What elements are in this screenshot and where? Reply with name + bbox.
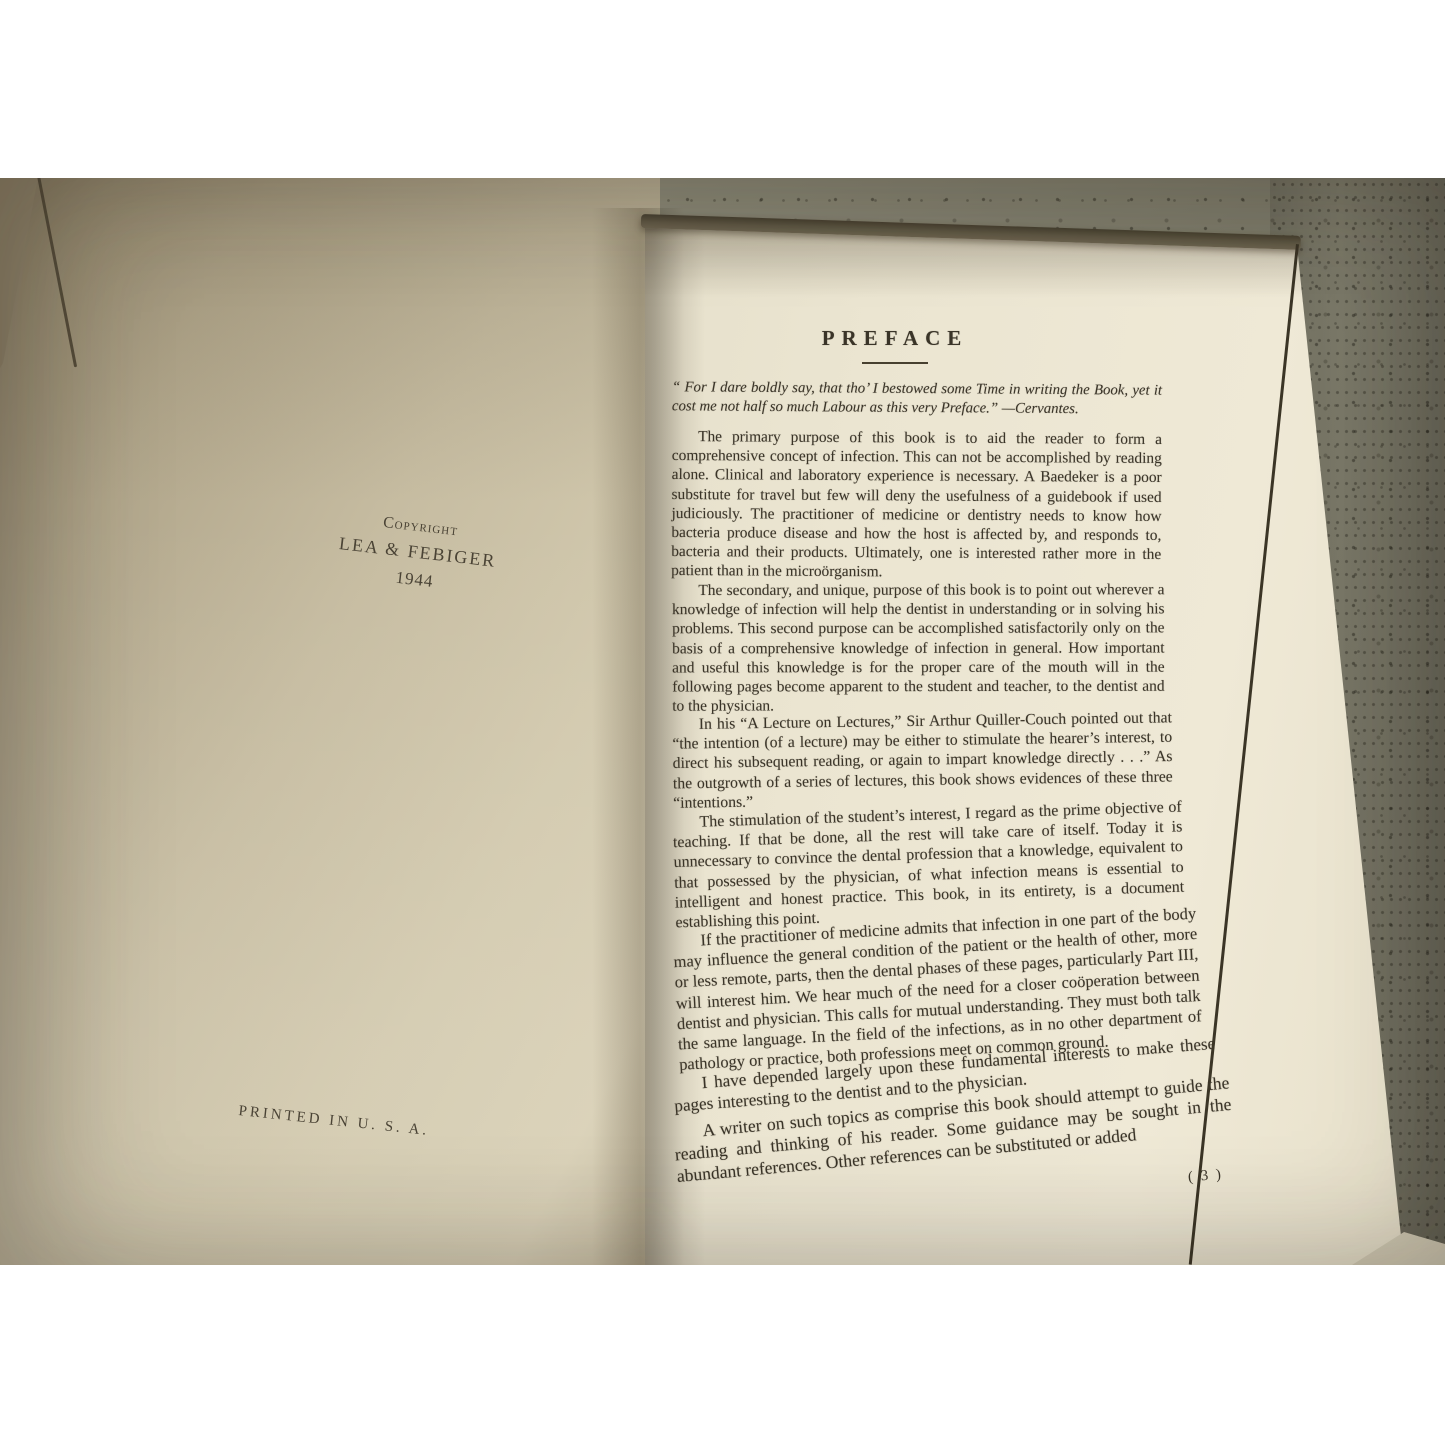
page-number: ( 3 )	[1187, 1167, 1223, 1187]
epigraph: “ For I dare boldly say, that tho’ I bes…	[672, 378, 1162, 419]
preface-paragraphs: The primary purpose of this book is to a…	[672, 427, 1162, 1181]
gutter-shadow	[592, 208, 684, 1265]
left-page: Copyright LEA & FEBIGER 1944 PRINTED IN …	[0, 178, 660, 1265]
printed-in-usa: PRINTED IN U. S. A.	[238, 1103, 430, 1140]
preface-title: PREFACE	[650, 326, 1140, 351]
copyright-block: Copyright LEA & FEBIGER 1944	[292, 504, 544, 603]
preface-paragraph: The secondary, and unique, purpose of th…	[672, 580, 1165, 716]
title-rule	[862, 362, 928, 364]
preface-paragraph: The primary purpose of this book is to a…	[671, 427, 1162, 584]
preface-text-block: PREFACE “ For I dare boldly say, that th…	[672, 326, 1162, 1181]
cover-edge	[0, 178, 40, 368]
preface-paragraph: In his “A Lecture on Lectures,” Sir Arth…	[672, 708, 1173, 813]
cover-edge-line	[37, 178, 77, 367]
book-photo: Copyright LEA & FEBIGER 1944 PRINTED IN …	[0, 178, 1445, 1265]
